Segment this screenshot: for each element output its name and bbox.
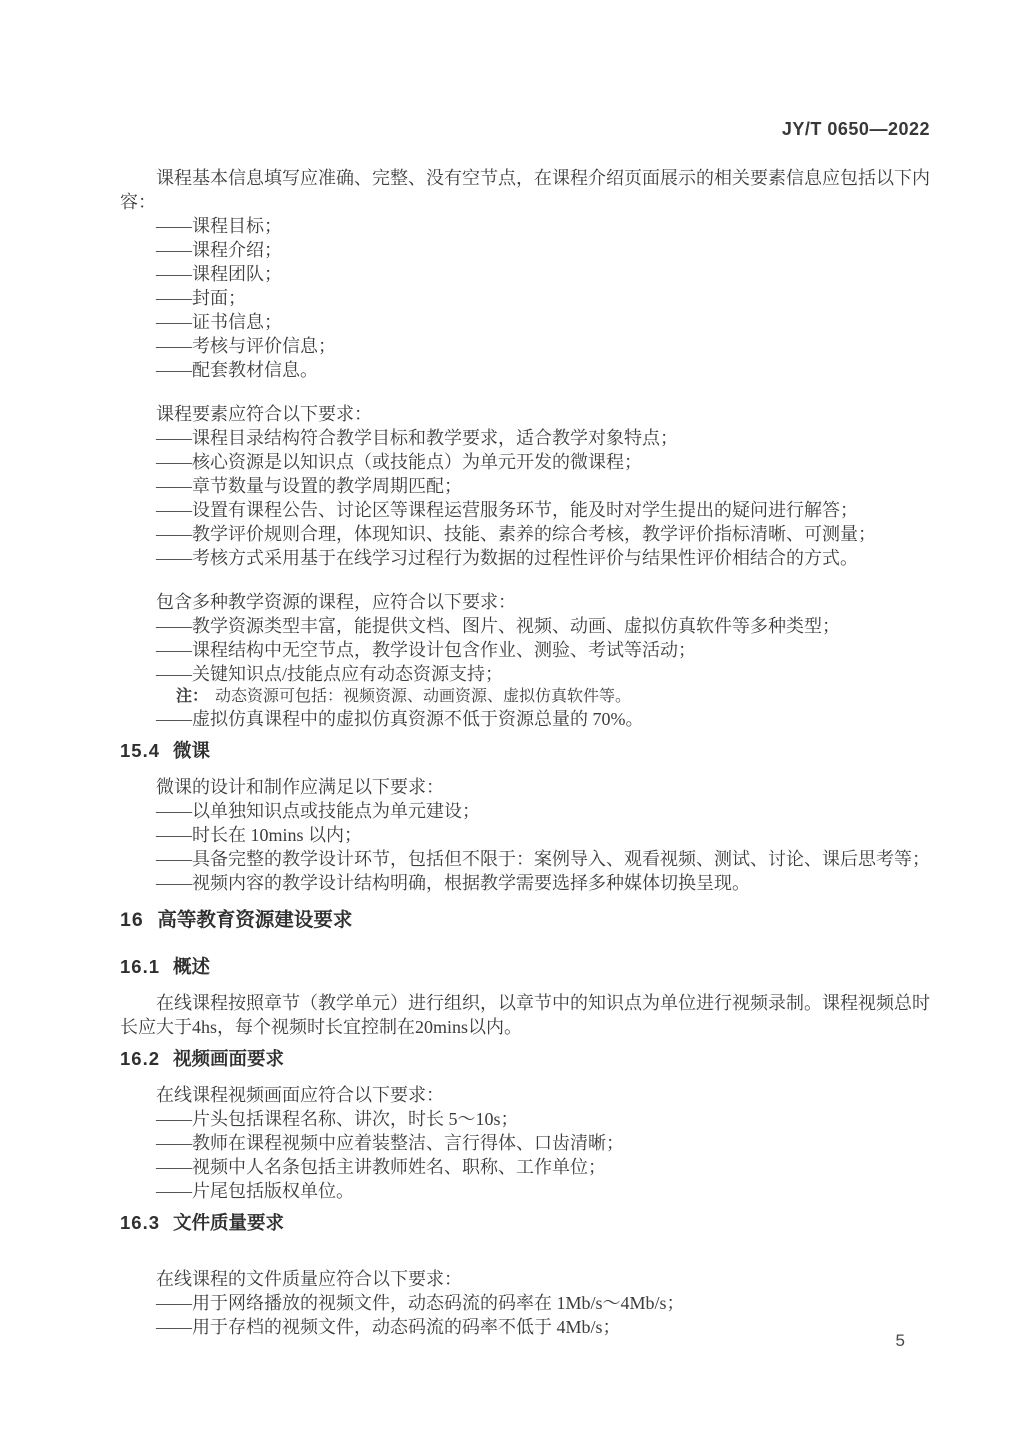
dash-item: ——设置有课程公告、讨论区等课程运营服务环节，能及时对学生提出的疑问进行解答；: [120, 498, 930, 522]
dash-item: ——教师在课程视频中应着装整洁、言行得体、口齿清晰；: [120, 1131, 930, 1155]
spacer: [120, 382, 930, 402]
dash-item: ——时长在 10mins 以内；: [120, 823, 930, 847]
dash-item: ——教学评价规则合理，体现知识、技能、素养的综合考核，教学评价指标清晰、可测量；: [120, 522, 930, 546]
section-heading: 15.4微课: [120, 739, 930, 763]
dash-item: ——用于网络播放的视频文件，动态码流的码率在 1Mb/s～4Mb/s；: [120, 1291, 930, 1315]
page-number: 5: [896, 1331, 905, 1351]
section-heading: 16.1概述: [120, 955, 930, 979]
section-heading: 16.2视频画面要求: [120, 1047, 930, 1071]
paragraph: 在线课程的文件质量应符合以下要求：: [120, 1267, 930, 1291]
paragraph: 课程基本信息填写应准确、完整、没有空节点，在课程介绍页面展示的相关要素信息应包括…: [120, 166, 930, 214]
dash-item: ——章节数量与设置的教学周期匹配；: [120, 474, 930, 498]
note-text: 动态资源可包括：视频资源、动画资源、虚拟仿真软件等。: [215, 688, 631, 705]
page-header: JY/T 0650—2022: [120, 118, 930, 140]
dash-item: ——课程介绍；: [120, 238, 930, 262]
dash-item: ——课程目录结构符合教学目标和教学要求，适合教学对象特点；: [120, 426, 930, 450]
section-number: 15.4: [120, 740, 160, 761]
dash-item: ——核心资源是以知识点（或技能点）为单元开发的微课程；: [120, 450, 930, 474]
section-title: 文件质量要求: [173, 1212, 284, 1233]
dash-item: ——具备完整的教学设计环节，包括但不限于：案例导入、观看视频、测试、讨论、课后思…: [120, 847, 930, 871]
section-number: 16.3: [120, 1212, 160, 1233]
paragraph: 微课的设计和制作应满足以下要求：: [120, 775, 930, 799]
section-number: 16: [120, 909, 144, 931]
document-body: 课程基本信息填写应准确、完整、没有空节点，在课程介绍页面展示的相关要素信息应包括…: [120, 166, 930, 1339]
dash-item: ——视频内容的教学设计结构明确，根据教学需要选择多种媒体切换呈现。: [120, 871, 930, 895]
paragraph: 在线课程视频画面应符合以下要求：: [120, 1083, 930, 1107]
section-number: 16.2: [120, 1048, 160, 1069]
spacer: [120, 1247, 930, 1267]
dash-item: ——虚拟仿真课程中的虚拟仿真资源不低于资源总量的 70%。: [120, 707, 930, 731]
dash-item: ——考核方式采用基于在线学习过程行为数据的过程性评价与结果性评价相结合的方式。: [120, 546, 930, 570]
dash-item: ——课程团队；: [120, 262, 930, 286]
dash-item: ——以单独知识点或技能点为单元建设；: [120, 799, 930, 823]
dash-item: ——课程结构中无空节点，教学设计包含作业、测验、考试等活动；: [120, 638, 930, 662]
dash-item: ——视频中人名条包括主讲教师姓名、职称、工作单位；: [120, 1155, 930, 1179]
dash-item: ——用于存档的视频文件，动态码流的码率不低于 4Mb/s；: [120, 1315, 930, 1339]
section-title: 高等教育资源建设要求: [157, 909, 352, 931]
document-page: JY/T 0650—2022 课程基本信息填写应准确、完整、没有空节点，在课程介…: [0, 0, 1024, 1448]
section-title: 视频画面要求: [173, 1048, 284, 1069]
note: 注：动态资源可包括：视频资源、动画资源、虚拟仿真软件等。: [120, 686, 930, 707]
paragraph: 课程要素应符合以下要求：: [120, 402, 930, 426]
dash-item: ——教学资源类型丰富，能提供文档、图片、视频、动画、虚拟仿真软件等多种类型；: [120, 614, 930, 638]
dash-item: ——考核与评价信息；: [120, 334, 930, 358]
section-heading: 16.3文件质量要求: [120, 1211, 930, 1235]
section-title: 微课: [173, 740, 210, 761]
dash-item: ——证书信息；: [120, 310, 930, 334]
spacer: [120, 570, 930, 590]
paragraph: 在线课程按照章节（教学单元）进行组织，以章节中的知识点为单位进行视频录制。课程视…: [120, 991, 930, 1039]
dash-item: ——片头包括课程名称、讲次，时长 5～10s；: [120, 1107, 930, 1131]
dash-item: ——关键知识点/技能点应有动态资源支持；: [120, 662, 930, 686]
dash-item: ——配套教材信息。: [120, 358, 930, 382]
section-title: 概述: [173, 956, 210, 977]
section-number: 16.1: [120, 956, 160, 977]
dash-item: ——封面；: [120, 286, 930, 310]
chapter-heading: 16高等教育资源建设要求: [120, 907, 930, 933]
doc-code: JY/T 0650—2022: [782, 119, 930, 139]
paragraph: 包含多种教学资源的课程，应符合以下要求：: [120, 590, 930, 614]
dash-item: ——课程目标；: [120, 214, 930, 238]
dash-item: ——片尾包括版权单位。: [120, 1179, 930, 1203]
note-label: 注：: [176, 688, 208, 705]
